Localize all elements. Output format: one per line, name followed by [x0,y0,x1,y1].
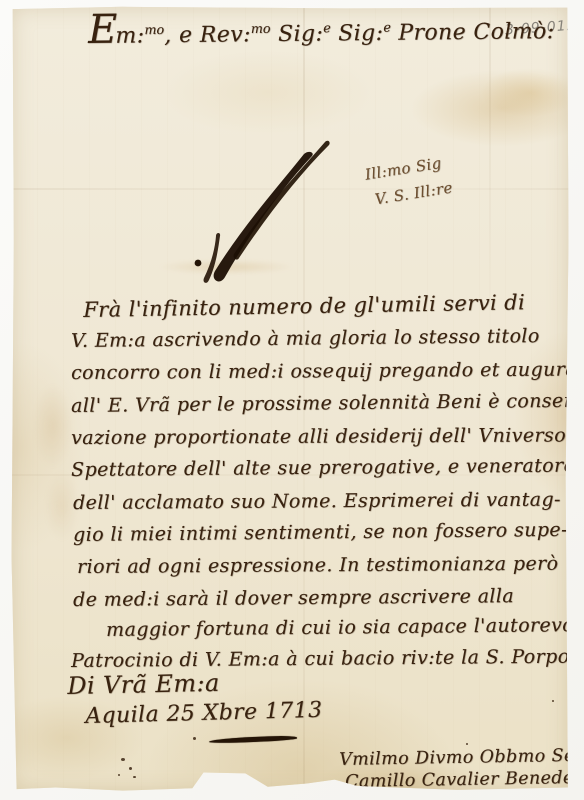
salutation-text: , e Rev: [164,22,251,48]
ink-blot [121,758,125,761]
ink-paraph-flourish [171,139,351,294]
letter-body-line: de med:i sarà il dover sempre ascrivere … [73,585,514,611]
letter-body-line: riori ad ogni espressione. In testimonia… [77,553,558,578]
letter-body-line: Patrocinio di V. Em:a à cui bacio riv:te… [71,645,584,672]
ink-blot [133,776,136,778]
paraph-stroke [234,141,330,260]
salutation-line: Em:mo, e Rev:mo Sig:e Sig:e Prone Colmò: [88,14,555,49]
signature-name: Camillo Cavalier Benedetti [345,768,584,792]
salutation-text: Sig: [271,22,324,48]
letter-body-line: Spettatore dell' alte sue prerogative, e… [71,455,575,481]
ink-blot [497,790,501,793]
letter-body-line: concorro con li med:i ossequij pregando … [71,358,584,384]
letter-closing: Di Vrã Em:a [67,669,220,700]
ink-blot [345,788,348,790]
salutation-text: Sig: [331,21,384,47]
letter-body-line: gio li miei intimi sentimenti, se non fo… [73,519,568,546]
ink-blot [466,743,468,745]
ink-dot [195,260,202,267]
signature-courtesy-line: Vmilmo Divmo Obbmo Ser:te [339,745,584,770]
salutation-superscript: mo [251,22,271,37]
ink-blot [193,737,196,740]
letter-body-line: dell' acclamato suo Nome. Esprimerei di … [73,489,561,514]
ink-blot [552,700,554,702]
letter-body-line: Frà l'infinito numero de gl'umili servi … [83,290,525,322]
letter-paper: 3-09-012 Em:mo, e Rev:mo Sig:e Sig:e Pro… [11,6,569,793]
salutation-text: m: [115,23,144,48]
letter-dateline: Aquila 25 Xbre 1713 [85,698,323,729]
ink-blot [508,794,511,796]
salutation-superscript: e [323,21,331,36]
signature-text: Vmilmo Divmo Obbmo Ser: [339,746,584,770]
docket-note: Ill:mo Sig V. S. Ill:re [363,149,455,214]
letter-body-line: V. Em:a ascrivendo à mia gloria lo stess… [71,325,540,352]
ink-blot [118,774,120,776]
salutation-text: Prone Colmò: [391,19,555,46]
salutation-superscript: e [383,21,391,36]
letter-body-line: maggior fortuna di cui io sia capace l'a… [106,614,581,641]
date-underline-flourish [209,735,297,744]
ink-blot [129,767,132,770]
salutation-initial: E [88,7,116,53]
scanned-letter-page: 3-09-012 Em:mo, e Rev:mo Sig:e Sig:e Pro… [0,0,584,800]
letter-body-line: all' E. Vrã per le prossime solennità Be… [71,390,580,417]
salutation-superscript: mo [144,23,164,38]
letter-body-line: vazione proportionate alli desiderij del… [71,424,566,449]
